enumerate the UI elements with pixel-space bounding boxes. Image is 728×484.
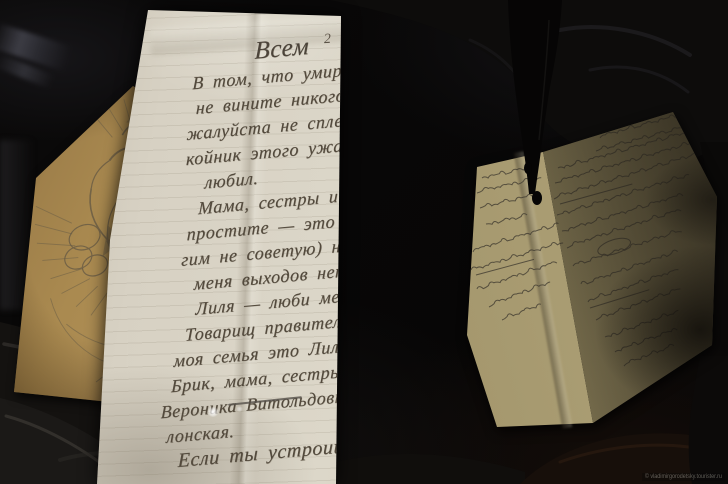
suicide-note-letter: 2 Всем В том, что умираю, не вините нико… xyxy=(0,0,728,484)
letter-handwriting: Всем В том, что умираю, не вините никого… xyxy=(186,23,433,473)
letter-line: Брик, мама, сестры и xyxy=(171,352,426,399)
letter-line: меня выходов нет. xyxy=(194,251,429,297)
ruled-lines xyxy=(0,0,728,484)
letter-line: Мама, сестры и товарищи, xyxy=(198,176,430,221)
sketch-paper-vignette xyxy=(0,0,728,484)
letter-heading: Всем xyxy=(254,23,432,64)
letter-line: Вероника Витольдовна По- xyxy=(160,377,425,425)
letter-line: В том, что умираю, xyxy=(192,50,432,96)
black-drip-strand xyxy=(0,0,728,484)
letter-line: простите — это не способ (дру- xyxy=(186,201,429,247)
fabric-sheen-top-left-2 xyxy=(0,53,54,88)
letter-line: Лиля — люби меня. xyxy=(195,276,428,321)
draft-page-right-panel xyxy=(0,0,728,484)
letter-line: жалуйста не сплетничайте. По- xyxy=(186,100,431,146)
letter-line: моя семья это Лиля xyxy=(173,327,426,374)
fabric-sheen-top-left xyxy=(0,23,72,72)
photo-watermark: © vladimirgorodetsky.tourister.ru xyxy=(642,473,725,481)
draft-shadow-overlay xyxy=(0,0,728,484)
page-number: 2 xyxy=(324,32,332,48)
letter-line: койник этого ужасно не xyxy=(186,126,431,172)
letter-line: лонская. xyxy=(166,402,425,450)
pen-flourish-dash xyxy=(228,396,302,406)
black-fabric-background xyxy=(0,0,728,484)
museum-display-photo: 2 Всем В том, что умираю, не вините нико… xyxy=(0,0,728,484)
draft-handwriting-scribbles xyxy=(0,0,728,484)
sketch-paper xyxy=(0,0,728,484)
silver-fabric-patch xyxy=(21,316,166,437)
letter-line: гим не советую) но у xyxy=(181,226,428,273)
letter-line: любил. xyxy=(204,151,430,196)
fabric-sheen-left xyxy=(0,140,34,310)
pencil-flower-sketch xyxy=(0,0,728,484)
top-wrinkle xyxy=(149,15,350,55)
vertical-crease xyxy=(230,0,273,484)
letter-line: Товарищ правительство, xyxy=(185,302,428,348)
draft-page-left-panel xyxy=(0,0,728,484)
glass-glare-dot xyxy=(207,407,219,417)
fabric-folds-graphic xyxy=(0,0,728,484)
letter-line: Если ты устроишь xyxy=(178,427,425,474)
glass-glare-dot-small xyxy=(236,406,243,412)
letter-line: не вините никого и по- xyxy=(196,75,432,121)
fold-crease-highlight xyxy=(514,151,572,428)
